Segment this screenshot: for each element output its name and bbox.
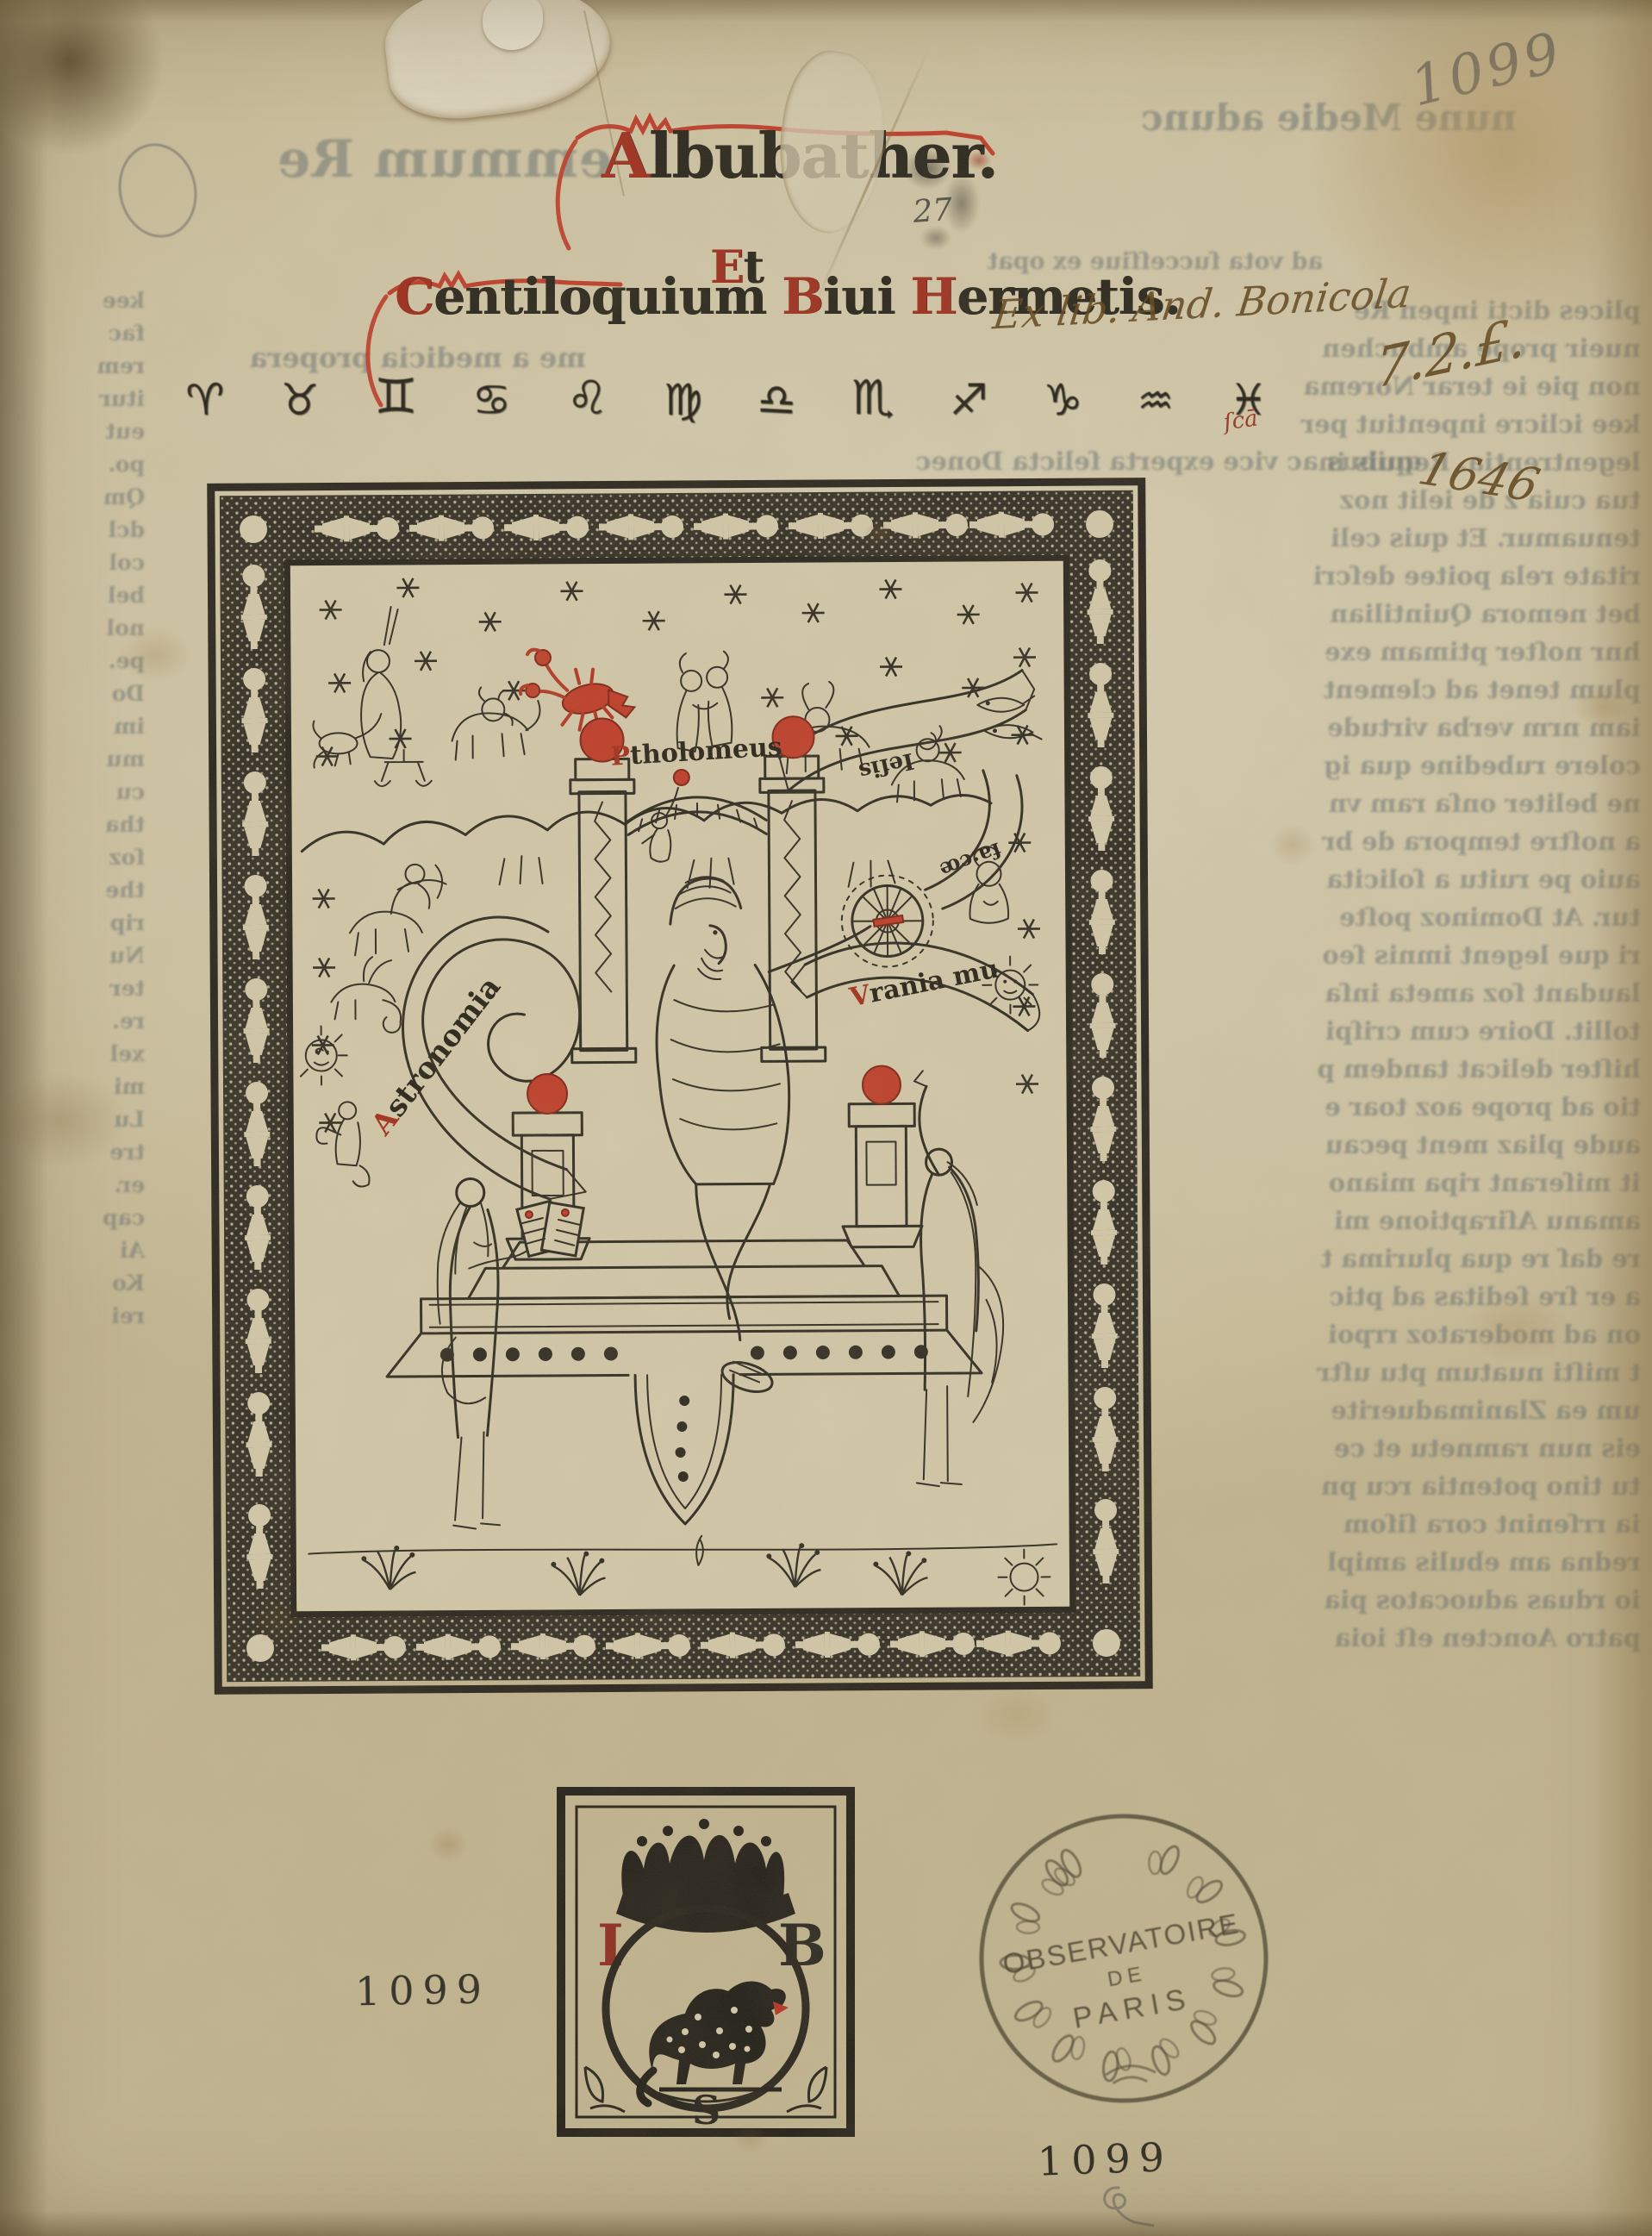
stamp-line-2: DE: [1106, 1962, 1148, 1991]
open-book: [517, 1201, 584, 1256]
zodiac-gemini-icon: ♊: [374, 369, 417, 425]
zodiac-aries-icon: ♈: [185, 374, 227, 426]
stamp-line-3: PARIS: [1070, 1982, 1194, 2035]
zodiac-virgo-icon: ♍: [664, 375, 702, 425]
corner-stain: [0, 0, 164, 155]
scanned-title-page: emmum Re nune Medie adunc me a medicia p…: [0, 0, 1652, 2236]
inventory-number-bottom: 1099: [1037, 2133, 1174, 2184]
crown-icon: [616, 1819, 795, 1933]
printer-device: I B S: [556, 1786, 856, 2138]
observatoire-stamp: OBSERVATOIRE DE PARIS: [963, 1797, 1285, 2120]
ink-note: 27: [912, 192, 954, 230]
title-word-centiloquium: Centiloquium: [395, 267, 766, 326]
zodiac-ornament-row: ♈ ♉ ♊ ♋ ♌ ♍ ♎ ♏ ♐ ♑ ♒ ♓: [186, 369, 1268, 425]
zodiac-capricornus-icon: ♑: [1043, 374, 1083, 426]
zodiac-sagittarius-icon: ♐: [950, 375, 988, 425]
red-orb-right-pedestal: [863, 1065, 901, 1103]
corner-stain: [1307, 0, 1652, 353]
woodcut-illustration: Ieſis fa:cœ Astronomia: [206, 477, 1155, 1696]
red-orb-left-pedestal: [527, 1074, 567, 1114]
zodiac-aquarius-icon: ♒: [1138, 378, 1174, 425]
year-inscription: 1646: [1412, 441, 1545, 512]
zodiac-scorpius-icon: ♏: [851, 370, 894, 425]
verso-showthrough-right-column: plices dicti inpen Re nueir prope ambuch…: [1162, 291, 1641, 1657]
inventory-number-left: 1099: [355, 1966, 491, 2015]
zodiac-taurus-icon: ♉: [279, 374, 320, 426]
zodiac-libra-icon: ♎: [757, 374, 798, 426]
zodiac-leo-icon: ♌: [567, 371, 608, 425]
verso-showthrough-text: quibus ac vice experta ſelicta Donec: [819, 447, 1422, 476]
small-ink-note: ſcā: [1222, 405, 1259, 435]
page-edge-shadow: [0, 2210, 1652, 2236]
zodiac-cancer-icon: ♋: [471, 374, 512, 426]
device-initial-bottom: S: [692, 2087, 720, 2133]
verso-showthrough-left-column: kee fac rem itur eut po. Qm dcl col bel …: [48, 284, 145, 1333]
binding-gutter-shadow: [0, 0, 48, 2236]
armillary-wheel: [842, 875, 934, 967]
red-orb-small: [674, 770, 689, 785]
